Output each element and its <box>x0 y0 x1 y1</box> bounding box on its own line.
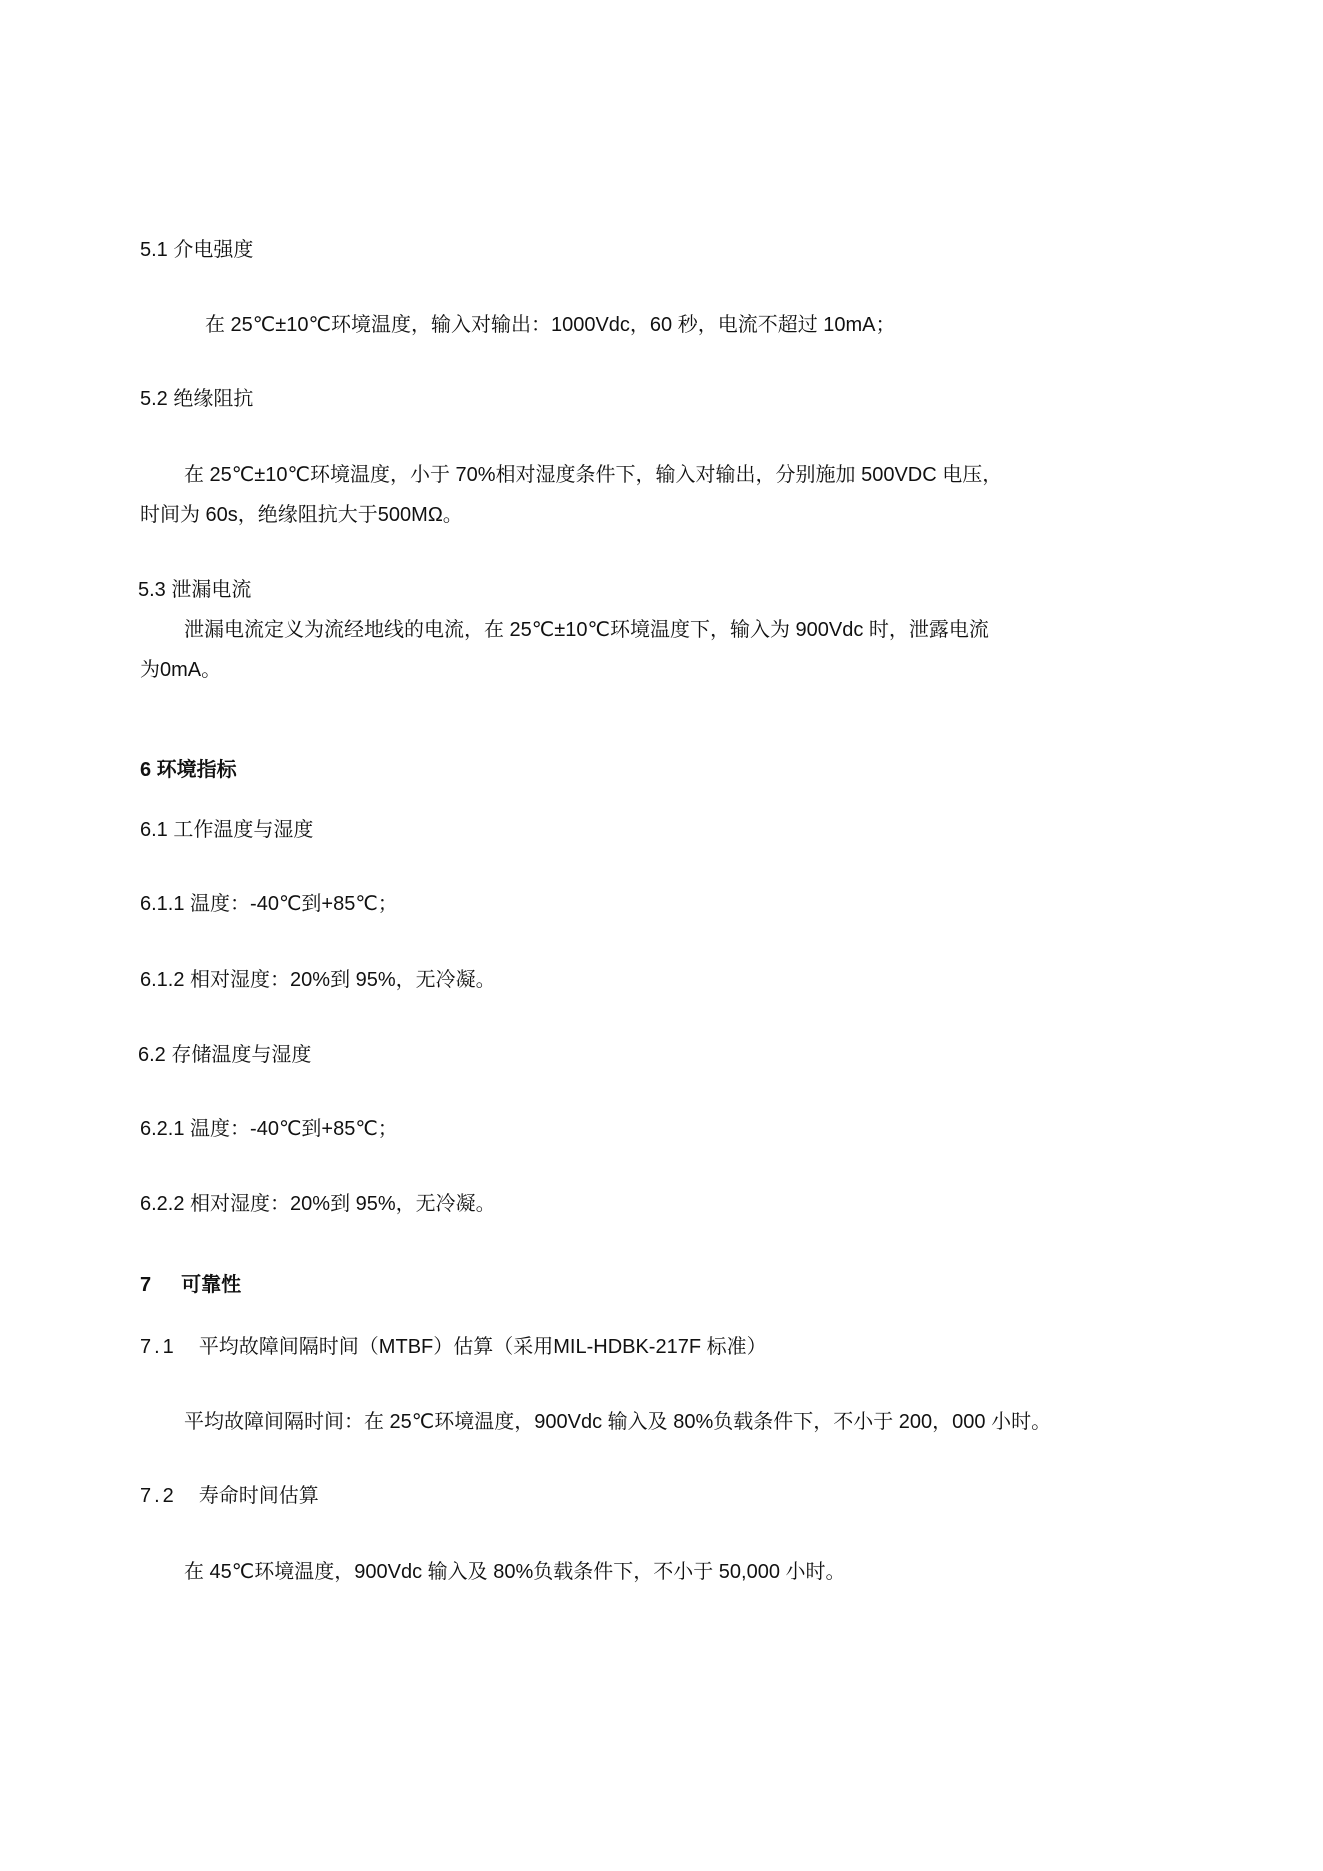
section-7-1-heading: 7.1平均故障间隔时间（MTBF）估算（采用MIL-HDBK-217F 标准） <box>140 1335 767 1359</box>
section-7-title: 可靠性 <box>181 1274 241 1296</box>
section-6-1-2-item: 6.1.2 相对湿度：20%到 95%，无冷凝。 <box>140 968 496 992</box>
section-5-3-heading: 5.3 泄漏电流 <box>138 578 251 602</box>
section-7-heading: 7可靠性 <box>140 1273 241 1297</box>
section-7-2-number: 7.2 <box>140 1485 177 1507</box>
section-5-2-heading: 5.2 绝缘阻抗 <box>140 387 253 411</box>
section-7-number: 7 <box>140 1274 151 1296</box>
section-6-2-heading: 6.2 存储温度与湿度 <box>138 1043 311 1067</box>
section-5-2-body-line1: 在 25℃±10℃环境温度，小于 70%相对湿度条件下，输入对输出，分别施加 5… <box>184 463 1002 487</box>
section-5-3-body-line2: 为0mA。 <box>140 658 221 682</box>
section-6-2-2-item: 6.2.2 相对湿度：20%到 95%，无冷凝。 <box>140 1192 496 1216</box>
section-7-2-title: 寿命时间估算 <box>199 1485 319 1507</box>
section-7-1-body: 平均故障间隔时间：在 25℃环境温度，900Vdc 输入及 80%负载条件下，不… <box>184 1410 1051 1434</box>
section-5-2-body-line2: 时间为 60s，绝缘阻抗大于500MΩ。 <box>140 503 463 527</box>
section-5-3-body-line1: 泄漏电流定义为流经地线的电流，在 25℃±10℃环境温度下，输入为 900Vdc… <box>184 618 989 642</box>
section-6-2-1-item: 6.2.1 温度：-40℃到+85℃； <box>140 1117 398 1141</box>
section-5-1-heading: 5.1 介电强度 <box>140 238 253 262</box>
section-7-2-heading: 7.2寿命时间估算 <box>140 1484 319 1508</box>
section-7-2-body: 在 45℃环境温度，900Vdc 输入及 80%负载条件下，不小于 50,000… <box>184 1560 846 1584</box>
section-6-1-1-item: 6.1.1 温度：-40℃到+85℃； <box>140 892 398 916</box>
section-7-1-title: 平均故障间隔时间（MTBF）估算（采用MIL-HDBK-217F 标准） <box>199 1336 767 1358</box>
section-5-1-body: 在 25℃±10℃环境温度，输入对输出：1000Vdc，60 秒，电流不超过 1… <box>205 313 896 337</box>
section-6-heading: 6 环境指标 <box>140 758 237 782</box>
section-6-1-heading: 6.1 工作温度与湿度 <box>140 818 313 842</box>
section-7-1-number: 7.1 <box>140 1336 177 1358</box>
